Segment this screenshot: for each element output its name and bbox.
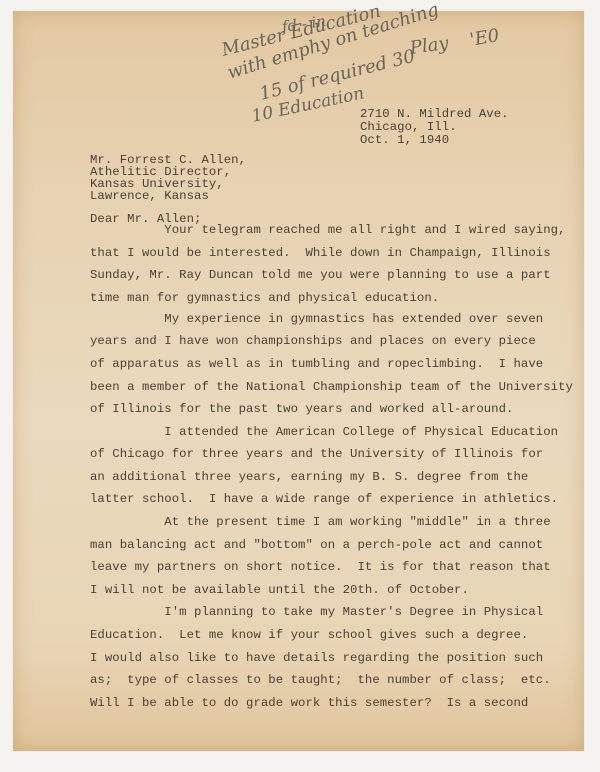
- body-line: Education. Let me know if your school gi…: [90, 629, 528, 642]
- body-line: time man for gymnastics and physical edu…: [90, 292, 439, 305]
- letter-date: Oct. 1, 1940: [360, 134, 449, 147]
- body-line: leave my partners on short notice. It is…: [90, 561, 551, 574]
- body-line: I'm planning to take my Master's Degree …: [90, 606, 543, 619]
- body-line: My experience in gymnastics has extended…: [90, 313, 543, 326]
- body-line: man balancing act and "bottom" on a perc…: [90, 539, 543, 552]
- body-line: of Illinois for the past two years and w…: [90, 403, 513, 416]
- body-line: that I would be interested. While down i…: [90, 247, 551, 260]
- body-line: been a member of the National Championsh…: [90, 381, 573, 394]
- body-line: Your telegram reached me all right and I…: [90, 224, 565, 237]
- body-line: I will not be available until the 20th. …: [90, 584, 469, 597]
- body-line: of Chicago for three years and the Unive…: [90, 448, 543, 461]
- body-line: as; type of classes to be taught; the nu…: [90, 674, 551, 687]
- body-line: Will I be able to do grade work this sem…: [90, 697, 528, 710]
- body-line: latter school. I have a wide range of ex…: [90, 493, 558, 506]
- body-line: years and I have won championships and p…: [90, 335, 536, 348]
- body-line: an additional three years, earning my B.…: [90, 471, 528, 484]
- body-line: Sunday, Mr. Ray Duncan told me you were …: [90, 269, 551, 282]
- body-line: At the present time I am working "middle…: [90, 516, 551, 529]
- body-line: I attended the American College of Physi…: [90, 426, 558, 439]
- body-line: I would also like to have details regard…: [90, 652, 543, 665]
- recipient-location: Lawrence, Kansas: [90, 190, 209, 203]
- body-line: of apparatus as well as in tumbling and …: [90, 358, 543, 371]
